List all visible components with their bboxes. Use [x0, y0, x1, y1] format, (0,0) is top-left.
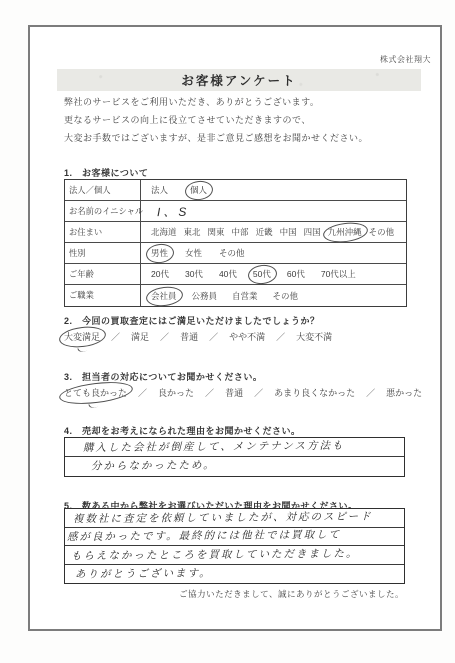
section4-answer-box: 購入した会社が倒産して、メンテナンス方法も 分からなかったため。 — [64, 437, 405, 477]
option-very-good-selected: とても良かった — [64, 386, 127, 399]
option-hojin: 法人 — [151, 184, 168, 196]
page-title: お客様アンケート — [181, 71, 296, 89]
option-not-so-good: あまり良くなかった — [274, 386, 355, 399]
option-shikoku: 四国 — [304, 226, 321, 238]
separator: ／ — [209, 330, 218, 343]
footer-thanks: ご協力いただきまして、誠にありがとうございました。 — [179, 588, 404, 600]
separator: ／ — [138, 386, 147, 399]
answer-line: 複数社に査定を依頼していましたが、対応のスピード — [65, 509, 404, 528]
customer-info-table: 法人／個人 法人 個人 お名前のイニシャル I、S お住まい 北海道 東北 関東 — [64, 179, 407, 307]
page-frame: 株式会社翔大 お客様アンケート 弊社のサービスをご利用いただき、ありがとうござい… — [28, 25, 442, 631]
handwritten-initials: I、S — [151, 202, 189, 219]
option-20s: 20代 — [151, 268, 169, 280]
answer-line: ありがとうございます。 — [65, 565, 404, 584]
row-label: お住まい — [65, 222, 141, 242]
scanned-survey-document: 株式会社翔大 お客様アンケート 弊社のサービスをご利用いただき、ありがとうござい… — [0, 0, 455, 663]
option-female: 女性 — [185, 247, 202, 259]
row-options: 北海道 東北 関東 中部 近畿 中国 四国 九州沖縄 その他 — [141, 222, 406, 242]
option-hokkaido: 北海道 — [151, 226, 177, 238]
row-label: 法人／個人 — [65, 180, 141, 200]
option-70s-plus: 70代以上 — [321, 268, 356, 280]
option-neutral: 普通 — [180, 330, 198, 343]
option-kojin-selected: 個人 — [190, 184, 207, 196]
section1-heading: 1. お客様について — [64, 166, 148, 179]
option-chubu: 中部 — [232, 226, 249, 238]
handwritten-text: 感が良かったです。最終的には他社では買取して — [65, 530, 341, 543]
option-company-employee-selected: 会社員 — [151, 290, 177, 302]
option-other: その他 — [369, 226, 395, 238]
table-row-initials: お名前のイニシャル I、S — [65, 201, 406, 222]
separator: ／ — [205, 386, 214, 399]
separator: ／ — [366, 386, 375, 399]
row-options: 20代 30代 40代 50代 60代 70代以上 — [141, 264, 406, 284]
intro-text: 弊社のサービスをご利用いただき、ありがとうございます。 更なるサービスの向上に役… — [64, 93, 368, 147]
row-options: 男性 女性 その他 — [141, 243, 406, 263]
option-very-dissatisfied: 大変不満 — [296, 330, 332, 343]
option-kinki: 近畿 — [256, 226, 273, 238]
separator: ／ — [111, 330, 120, 343]
option-other-gender: その他 — [219, 247, 245, 259]
row-label: ご年齢 — [65, 264, 141, 284]
section3-options: とても良かった ／ 良かった ／ 普通 ／ あまり良くなかった ／ 悪かった — [64, 386, 422, 399]
table-row-age: ご年齢 20代 30代 40代 50代 60代 70代以上 — [65, 264, 406, 285]
title-band: お客様アンケート — [57, 69, 421, 91]
handwritten-text: 複数社に査定を依頼していましたが、対応のスピード — [65, 511, 373, 524]
option-40s: 40代 — [219, 268, 237, 280]
option-tohoku: 東北 — [184, 226, 201, 238]
row-label: 性別 — [65, 243, 141, 263]
row-options: 会社員 公務員 自営業 その他 — [141, 285, 406, 306]
answer-line: もらえなかったところを買取していただきました。 — [65, 546, 404, 565]
section5-answer-box: 複数社に査定を依頼していましたが、対応のスピード 感が良かったです。最終的には他… — [64, 508, 405, 584]
answer-line: 感が良かったです。最終的には他社では買取して — [65, 528, 404, 547]
intro-line-1: 弊社のサービスをご利用いただき、ありがとうございます。 — [64, 93, 368, 111]
option-satisfied: 満足 — [131, 330, 149, 343]
option-50s-selected: 50代 — [253, 268, 271, 280]
option-bad: 悪かった — [386, 386, 422, 399]
row-label: ご職業 — [65, 285, 141, 306]
company-name: 株式会社翔大 — [380, 54, 431, 65]
option-other-occupation: その他 — [273, 290, 299, 302]
table-row-occupation: ご職業 会社員 公務員 自営業 その他 — [65, 285, 406, 306]
section2-heading: 2. 今回の買取査定にはご満足いただけましたでしょうか？ — [64, 314, 320, 327]
section4-heading: 4. 売却をお考えになられた理由をお聞かせください。 — [64, 424, 301, 437]
answer-line: 分からなかったため。 — [65, 457, 404, 476]
intro-line-2: 更なるサービスの向上に役立てさせていただきますので、 — [64, 111, 368, 129]
option-good: 良かった — [158, 386, 194, 399]
intro-line-3: 大変お手数ではございますが、是非ご意見ご感想をお聞かせください。 — [64, 129, 368, 147]
option-chugoku: 中国 — [280, 226, 297, 238]
option-kyushu-okinawa-selected: 九州沖縄 — [328, 226, 362, 238]
option-self-employed: 自営業 — [232, 290, 258, 302]
row-value: I、S — [141, 201, 406, 221]
option-very-satisfied-selected: 大変満足 — [64, 330, 100, 343]
option-male-selected: 男性 — [151, 247, 168, 259]
separator: ／ — [276, 330, 285, 343]
row-options: 法人 個人 — [141, 180, 406, 200]
handwritten-text: 分からなかったため。 — [65, 461, 216, 473]
option-somewhat-dissatisfied: やや不満 — [229, 330, 265, 343]
separator: ／ — [254, 386, 263, 399]
option-60s: 60代 — [287, 268, 305, 280]
row-label: お名前のイニシャル — [65, 201, 141, 221]
table-row-gender: 性別 男性 女性 その他 — [65, 243, 406, 264]
table-row-residence: お住まい 北海道 東北 関東 中部 近畿 中国 四国 九州沖縄 その他 — [65, 222, 406, 243]
option-civil-servant: 公務員 — [192, 290, 218, 302]
section3-heading: 3. 担当者の対応についてお聞かせください。 — [64, 370, 262, 383]
answer-line: 購入した会社が倒産して、メンテナンス方法も — [65, 438, 404, 457]
table-row-entity-type: 法人／個人 法人 個人 — [65, 180, 406, 201]
option-30s: 30代 — [185, 268, 203, 280]
handwritten-text: もらえなかったところを買取していただきました。 — [65, 548, 359, 561]
separator: ／ — [160, 330, 169, 343]
handwritten-text: 購入した会社が倒産して、メンテナンス方法も — [65, 441, 344, 454]
handwritten-text: ありがとうございます。 — [65, 568, 212, 580]
option-average: 普通 — [225, 386, 243, 399]
section2-options: 大変満足 ／ 満足 ／ 普通 ／ やや不満 ／ 大変不満 — [64, 330, 332, 343]
option-kanto: 関東 — [208, 226, 225, 238]
